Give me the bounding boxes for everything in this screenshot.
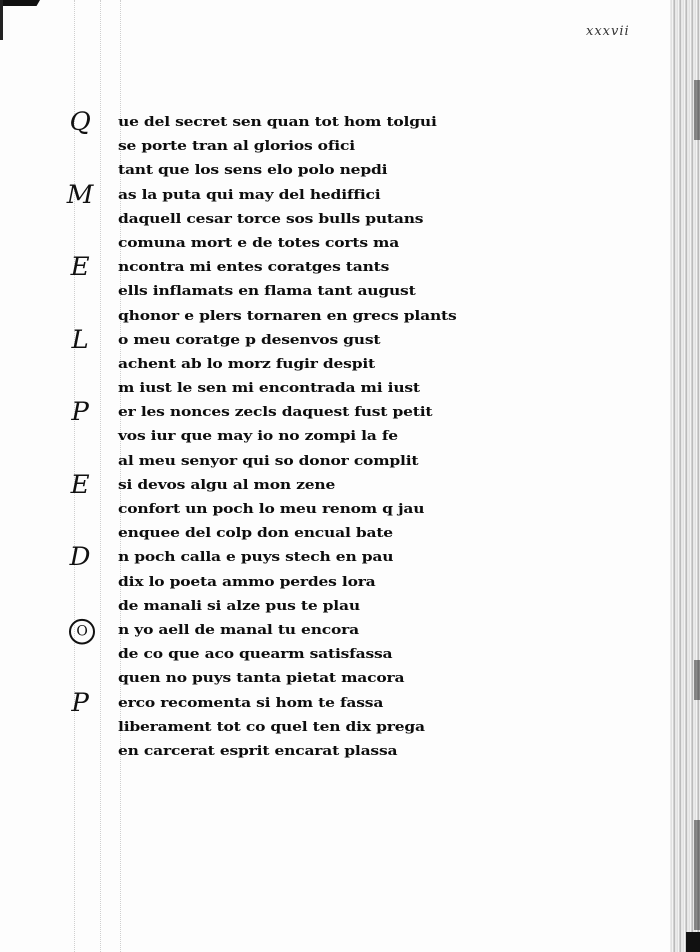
verse-line: se porte tran al glorios ofici bbox=[118, 136, 457, 156]
initial-letter: P bbox=[66, 689, 94, 717]
verse-line: liberament tot co quel ten dix prega bbox=[118, 717, 457, 737]
verse-line-text: confort un poch lo meu renom q jau bbox=[118, 501, 424, 517]
verse-line: Esi devos algu al mon zene bbox=[118, 475, 457, 495]
initial-letter: P bbox=[66, 398, 94, 426]
initial-letter: E bbox=[66, 471, 94, 499]
verse-line: comuna mort e de totes corts ma bbox=[118, 233, 457, 253]
verse-line: daquell cesar torce sos bulls putans bbox=[118, 209, 457, 229]
verse-line-text: qhonor e plers tornaren en grecs plants bbox=[118, 307, 457, 323]
verse-line: Mas la puta qui may del hediffici bbox=[118, 185, 457, 205]
verse-line-text: ue del secret sen quan tot hom tolgui bbox=[118, 114, 437, 130]
verse-line: en carcerat esprit encarat plassa bbox=[118, 741, 457, 761]
verse-line-text: tant que los sens elo polo nepdi bbox=[118, 162, 387, 178]
verse-line-text: n poch calla e puys stech en pau bbox=[118, 549, 393, 565]
verse-line-text: en carcerat esprit encarat plassa bbox=[118, 743, 397, 759]
verse-line-text: daquell cesar torce sos bulls putans bbox=[118, 211, 423, 227]
verse-line: qhonor e plers tornaren en grecs plants bbox=[118, 306, 457, 326]
verse-line-text: vos iur que may io no zompi la fe bbox=[118, 428, 398, 444]
verse-line-text: as la puta qui may del hediffici bbox=[118, 186, 380, 202]
gutter-shadow bbox=[694, 660, 700, 700]
verse-line: Encontra mi entes coratges tants bbox=[118, 257, 457, 277]
verse-line-text: er les nonces zecls daquest fust petit bbox=[118, 404, 432, 420]
verse-line-text: o meu coratge p desenvos gust bbox=[118, 332, 380, 348]
verse-line: Per les nonces zecls daquest fust petit bbox=[118, 402, 457, 422]
ruling-line bbox=[100, 0, 101, 952]
verse-line: m iust le sen mi encontrada mi iust bbox=[118, 378, 457, 398]
verse-line: achent ab lo morz fugir despit bbox=[118, 354, 457, 374]
verse-line-text: de manali si alze pus te plau bbox=[118, 598, 360, 614]
verse-line-text: de co que aco quearm satisfassa bbox=[118, 646, 392, 662]
verse-line-text: ncontra mi entes coratges tants bbox=[118, 259, 389, 275]
decorated-initial: Q bbox=[66, 108, 94, 136]
verse-line: al meu senyor qui so donor complit bbox=[118, 451, 457, 471]
verse-line: Que del secret sen quan tot hom tolgui bbox=[118, 112, 457, 132]
initial-letter: L bbox=[66, 326, 94, 354]
verse-line-text: enquee del colp don encual bate bbox=[118, 525, 393, 541]
verse-line-text: quen no puys tanta pietat macora bbox=[118, 670, 404, 686]
verse-line-text: m iust le sen mi encontrada mi iust bbox=[118, 380, 420, 396]
verse-line-text: comuna mort e de totes corts ma bbox=[118, 235, 399, 251]
verse-line-text: al meu senyor qui so donor complit bbox=[118, 452, 418, 468]
binding-gutter bbox=[670, 0, 700, 952]
gutter-shadow bbox=[694, 80, 700, 140]
verse-line: dix lo poeta ammo perdes lora bbox=[118, 572, 457, 592]
verse-line-text: liberament tot co quel ten dix prega bbox=[118, 719, 425, 735]
folio-number: xxxvii bbox=[586, 24, 630, 39]
verse-line: vos iur que may io no zompi la fe bbox=[118, 427, 457, 447]
verse-line-text: ells inflamats en flama tant august bbox=[118, 283, 416, 299]
gutter-shadow bbox=[694, 820, 700, 930]
verse-line: enquee del colp don encual bate bbox=[118, 523, 457, 543]
verse-line: ells inflamats en flama tant august bbox=[118, 281, 457, 301]
verse-line-text: dix lo poeta ammo perdes lora bbox=[118, 573, 376, 589]
verse-line: confort un poch lo meu renom q jau bbox=[118, 499, 457, 519]
verse-line: On yo aell de manal tu encora bbox=[118, 620, 457, 640]
manuscript-page: xxxvii Que del secret sen quan tot hom t… bbox=[0, 0, 700, 952]
verse-line: quen no puys tanta pietat macora bbox=[118, 668, 457, 688]
verse-line: Perco recomenta si hom te fassa bbox=[118, 693, 457, 713]
verse-line: Lo meu coratge p desenvos gust bbox=[118, 330, 457, 350]
circled-initial: O bbox=[69, 619, 95, 645]
verse-line-text: n yo aell de manal tu encora bbox=[118, 622, 359, 638]
verse-line-text: achent ab lo morz fugir despit bbox=[118, 356, 375, 372]
verse-line-text: erco recomenta si hom te fassa bbox=[118, 694, 383, 710]
verse-line-text: si devos algu al mon zene bbox=[118, 477, 335, 493]
verse-line: tant que los sens elo polo nepdi bbox=[118, 161, 457, 181]
verse-line: de manali si alze pus te plau bbox=[118, 596, 457, 616]
scan-edge-shadow bbox=[0, 0, 3, 40]
scan-corner-shadow bbox=[686, 932, 700, 952]
verse-line-text: se porte tran al glorios ofici bbox=[118, 138, 355, 154]
initial-letter: M bbox=[66, 181, 94, 209]
verse-line: Dn poch calla e puys stech en pau bbox=[118, 548, 457, 568]
scan-corner-shadow bbox=[0, 0, 40, 6]
initial-letter: E bbox=[66, 253, 94, 281]
verse-line: de co que aco quearm satisfassa bbox=[118, 644, 457, 664]
initial-letter: D bbox=[66, 544, 94, 572]
verse-text-block: Que del secret sen quan tot hom tolgui s… bbox=[118, 110, 457, 763]
